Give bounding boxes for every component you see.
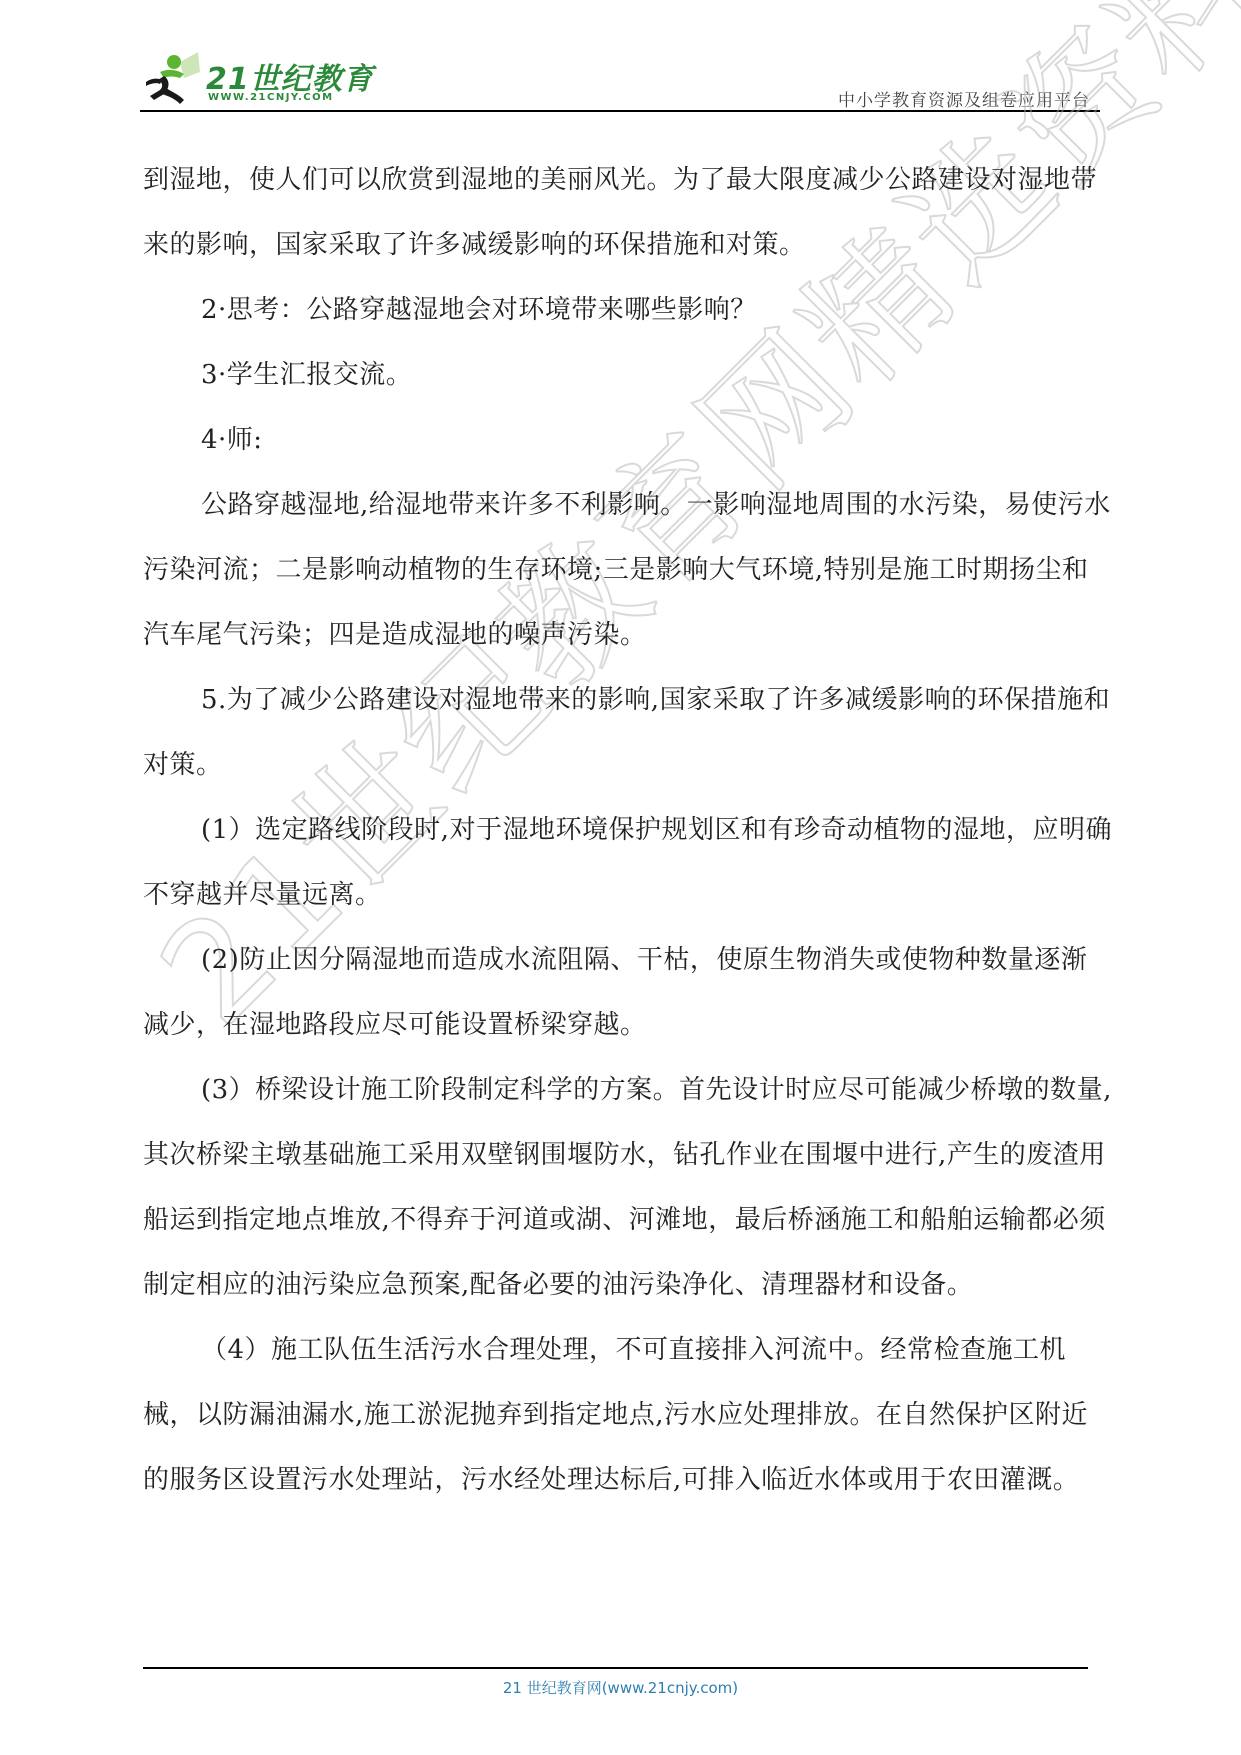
paragraph: （4）施工队伍生活污水合理处理，不可直接排入河流中。经常检查施工机械，以防漏油漏… <box>143 1318 1113 1513</box>
paragraph: 3·学生汇报交流。 <box>143 343 1113 408</box>
paragraph: 5.为了减少公路建设对湿地带来的影响,国家采取了许多减缓影响的环保措施和对策。 <box>143 668 1113 798</box>
paragraph: 2·思考：公路穿越湿地会对环境带来哪些影响？ <box>143 278 1113 343</box>
paragraph: (1）选定路线阶段时,对于湿地环境保护规划区和有珍奇动植物的湿地，应明确不穿越并… <box>143 798 1113 928</box>
document-body: 到湿地，使人们可以欣赏到湿地的美丽风光。为了最大限度减少公路建设对湿地带来的影响… <box>143 148 1113 1513</box>
footer-link[interactable]: 21 世纪教育网(www.21cnjy.com) <box>0 1677 1241 1698</box>
paragraph: 4·师: <box>143 408 1113 473</box>
footer-divider <box>143 1667 1088 1669</box>
paragraph: (2)防止因分隔湿地而造成水流阻隔、干枯，使原生物消失或使物种数量逐渐减少，在湿… <box>143 928 1113 1058</box>
paragraph: 到湿地，使人们可以欣赏到湿地的美丽风光。为了最大限度减少公路建设对湿地带来的影响… <box>143 148 1113 278</box>
header-tagline: 中小学教育资源及组卷应用平台 <box>838 86 1090 111</box>
logo: 21世纪教育 WWW.21CNJY.COM <box>140 48 380 108</box>
runner-logo-icon <box>140 48 204 108</box>
logo-url: WWW.21CNJY.COM <box>208 92 334 103</box>
paragraph: 公路穿越湿地,给湿地带来许多不利影响。一影响湿地周围的水污染，易使污水污染河流；… <box>143 473 1113 668</box>
header-divider <box>140 110 1100 112</box>
page-header: 21世纪教育 WWW.21CNJY.COM 中小学教育资源及组卷应用平台 <box>140 40 1100 112</box>
paragraph: (3）桥梁设计施工阶段制定科学的方案。首先设计时应尽可能减少桥墩的数量,其次桥梁… <box>143 1058 1113 1318</box>
